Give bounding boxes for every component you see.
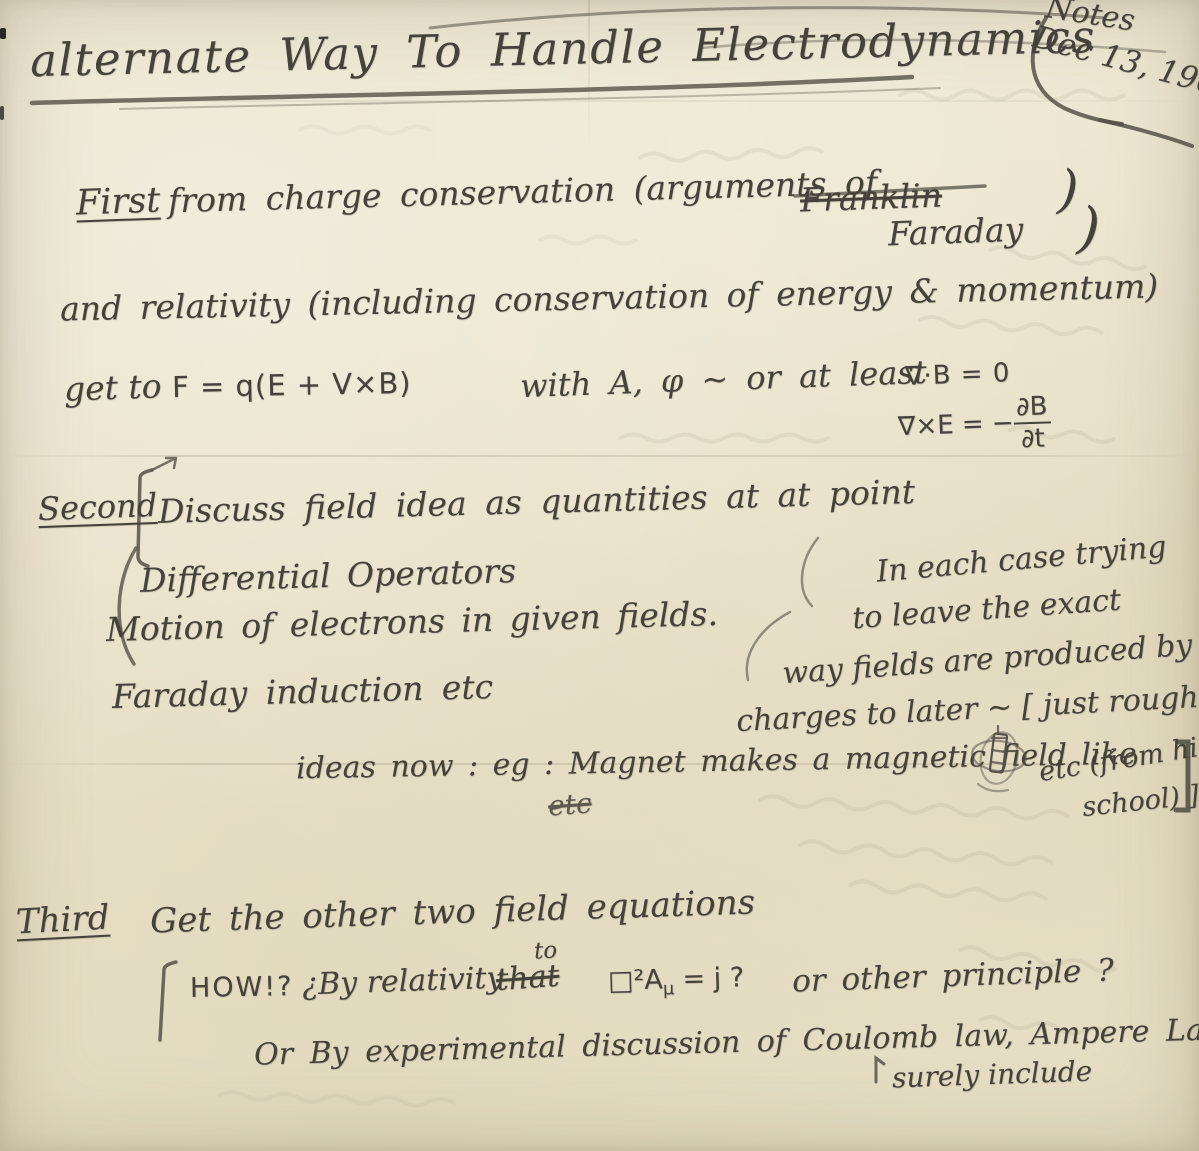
fold-crease: [0, 455, 1199, 457]
aside-line-3: way fields are produced by: [781, 628, 1193, 692]
curl-e-equation: ∇×E = −∂B∂t: [897, 393, 1052, 456]
second-item-discuss-fields: Discuss field idea as quantities at at p…: [158, 472, 916, 531]
scan-speck: [0, 106, 4, 120]
second-item-differential-operators: Differential Operators: [140, 551, 517, 600]
magnet-sketch: [966, 718, 1032, 808]
scan-speck: [0, 28, 6, 39]
section-label-second: Second: [37, 486, 157, 528]
box-eq-prefix: □²A: [608, 964, 664, 996]
div-b-equation: ∇·B = 0: [905, 358, 1011, 392]
first-intro: from charge conservation (arguments of: [168, 163, 878, 221]
by-relativity-phrase: ¿By relativity: [301, 960, 504, 1002]
or-other-principle: or other principle ?: [791, 952, 1114, 999]
faraday-correction: Faraday: [887, 210, 1024, 254]
force-law-equation: F = q(E + V×B): [172, 366, 412, 404]
by-relativity-text: By relativity: [318, 960, 504, 1001]
handwritten-notes-page: alternate Way To Handle Electrodynamics …: [0, 0, 1199, 1151]
curl-e-fraction: ∂B∂t: [1013, 393, 1052, 452]
aside-line-2: to leave the exact: [851, 583, 1122, 637]
inverted-question-mark: ¿: [301, 967, 318, 1003]
aside-school: school) ]: [1081, 780, 1199, 823]
with-potentials-text: with A, φ ~ or at least: [519, 353, 927, 405]
surely-include-note: surely include: [891, 1055, 1092, 1095]
close-paren-top: ): [1056, 160, 1079, 221]
section-label-first: First: [75, 181, 161, 224]
box-eq-rest: = j ?: [674, 962, 745, 995]
second-item-faraday-induction: Faraday induction etc: [112, 667, 494, 716]
third-heading: Get the other two field equations: [150, 883, 756, 942]
fold-crease: [0, 100, 1199, 102]
crossed-out-that: that: [495, 958, 561, 998]
close-paren-bottom: ): [1076, 195, 1102, 261]
section-label-third: Third: [15, 898, 110, 943]
curl-e-lhs: ∇×E = −: [898, 408, 1015, 442]
relativity-line: and relativity (including conservation o…: [60, 267, 1159, 329]
how-text: HOW!?: [190, 971, 294, 1004]
crossed-out-etc: etc: [547, 787, 593, 823]
page-title: alternate Way To Handle Electrodynamics: [30, 10, 1097, 87]
curl-e-denominator: ∂t: [1014, 423, 1052, 452]
get-to-text: get to: [63, 366, 162, 408]
box-operator-equation: □²Aμ = j ?: [608, 962, 745, 1001]
box-eq-subscript: μ: [663, 979, 675, 999]
second-item-motion-of-electrons: Motion of electrons in given fields.: [106, 594, 719, 649]
curl-e-numerator: ∂B: [1013, 393, 1051, 424]
aside-line-1: In each case trying: [875, 529, 1168, 589]
date-note: Notes Dec 13, 1963: [1038, 0, 1199, 93]
